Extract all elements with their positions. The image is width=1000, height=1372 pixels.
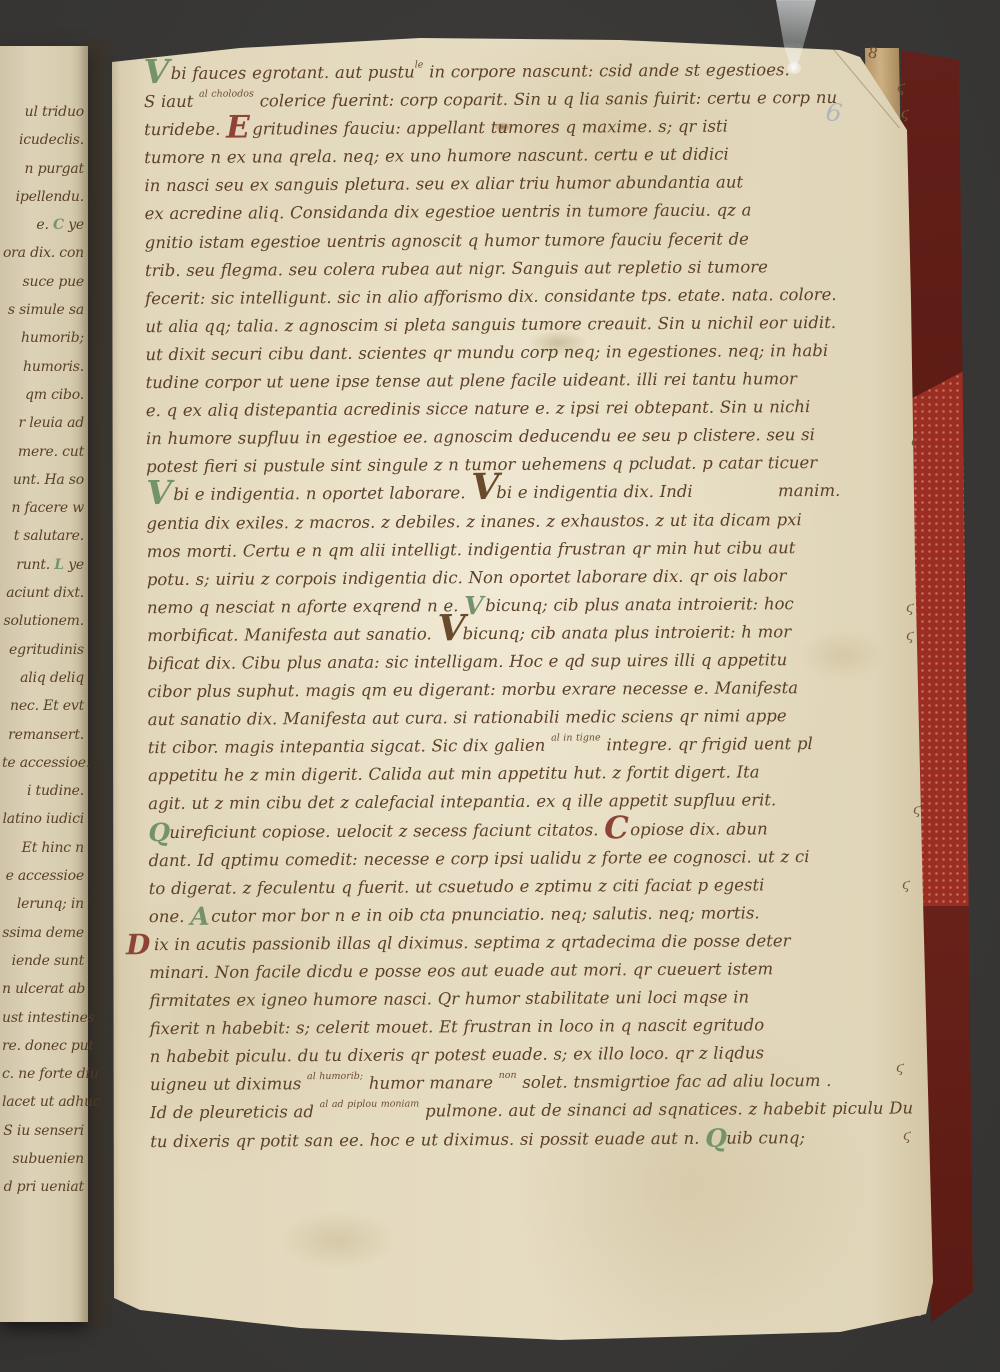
manuscript-text: bicunq; cib anata plus introierit: h mor (462, 622, 791, 643)
manuscript-text: nemo q nesciat n aforte exqrend n e. (147, 596, 464, 617)
manuscript-text: S iaut (144, 92, 199, 111)
manuscript-text: suce pue (23, 274, 84, 290)
manuscript-text: gentia dix exiles. z macros. z debiles. … (146, 510, 801, 533)
manuscript-line: tumore n ex una qrela. neq; ex uno humor… (144, 140, 844, 172)
manuscript-text: subuenien (13, 1151, 84, 1167)
manuscript-text: bificat dix. Cibu plus anata: sic intell… (147, 650, 787, 673)
manuscript-text: nec. Et evt (10, 698, 84, 714)
facing-page-fragment: S iu senseri (2, 1117, 84, 1145)
green-initial: V (146, 490, 173, 500)
manuscript-text: lacet ut adhuc (2, 1094, 101, 1110)
manuscript-line: nemo q nesciat n aforte exqrend n e. Vbi… (147, 590, 847, 622)
facing-page-fragment: humorib; (2, 324, 84, 352)
manuscript-text: n purgat (25, 161, 84, 177)
manuscript-text: d pri ueniat (4, 1179, 84, 1195)
facing-page-fragment: lerunq; in (2, 890, 84, 918)
manuscript-text: aliq deliq (20, 670, 84, 686)
facing-page-fragment: ust intestines (2, 1004, 84, 1032)
manuscript-text: bi e indigentia dix. Indi (496, 482, 693, 502)
manuscript-text: humoris. (23, 359, 84, 375)
manuscript-line: potu. s; uiriu z corpois indigentia dic.… (147, 562, 847, 594)
manuscript-text: tu dixeris qr potit san ee. hoc e ut dix… (150, 1128, 705, 1150)
manuscript-text: iende sunt (12, 953, 84, 969)
manuscript-line: ut alia qq; talia. z agnoscim si pleta s… (145, 309, 845, 341)
manuscript-text: ul triduo (25, 104, 84, 120)
manuscript-text: uireficiunt copiose. uelocit z secess fa… (169, 820, 604, 842)
manuscript-text: icudeclis. (19, 132, 84, 148)
facing-page-fragment: n ulcerat ab (2, 975, 84, 1003)
manuscript-text: ye (64, 557, 84, 573)
margin-mark: ϛ (901, 106, 909, 122)
manuscript-text: n ulcerat ab (2, 981, 85, 997)
facing-page-fragment: t salutare. (2, 522, 84, 550)
manuscript-text: ipellendu. (16, 189, 84, 205)
manuscript-text: ora dix. con (3, 245, 84, 261)
manuscript-line: n habebit piculu. du tu dixeris qr potes… (150, 1039, 850, 1071)
green-initial: Q (148, 828, 169, 838)
margin-mark: ϛ (896, 1060, 904, 1076)
margin-mark: ϛ (906, 600, 914, 616)
manuscript-line: in humore supfluu in egestioe ee. agnosc… (146, 421, 846, 453)
manuscript-text: aut sanatio dix. Manifesta aut cura. si … (148, 706, 787, 729)
manuscript-line: tit cibor. magis intepantia sigcat. Sic … (148, 730, 848, 762)
manuscript-line: trib. seu flegma. seu colera rubea aut n… (145, 253, 845, 285)
manuscript-line: morbificat. Manifesta aut sanatio. Vbicu… (147, 618, 847, 650)
manuscript-text: solet. tnsmigrtioe fac ad aliu locum . (517, 1071, 832, 1092)
manuscript-text: cutor mor bor n e in oib cta pnunciatio.… (211, 903, 760, 925)
manuscript-text: ust intestines (2, 1010, 95, 1026)
manuscript-text: solutionem. (4, 613, 84, 629)
manuscript-text: tumore n ex una qrela. neq; ex uno humor… (144, 145, 729, 168)
facing-page-fragment: icudeclis. (2, 126, 84, 154)
green-initial: A (190, 912, 211, 922)
manuscript-text: turidebe. (144, 120, 226, 140)
manuscript-text: mere. cut (18, 444, 84, 460)
manuscript-text: integre. qr frigid uent pl (601, 734, 813, 754)
manuscript-line: one. Acutor mor bor n e in oib cta pnunc… (149, 899, 849, 931)
manuscript-line: tu dixeris qr potit san ee. hoc e ut dix… (150, 1123, 850, 1155)
manuscript-page: Vbi fauces egrotant. aut pustule in corp… (98, 30, 943, 1342)
facing-page-fragment: lacet ut adhuc (2, 1088, 84, 1116)
facing-page-fragment: re. donec put (2, 1032, 84, 1060)
interlinear-gloss: al cholodos (199, 89, 254, 100)
manuscript-text: i tudine. (27, 783, 84, 799)
facing-page-fragment: runt. L ye (2, 551, 84, 579)
manuscript-text: e. q ex aliq distepantia acredinis sicce… (146, 397, 811, 420)
margin-mark: ϛ (906, 628, 914, 644)
manuscript-text: s simule sa (8, 302, 84, 318)
manuscript-text: potu. s; uiriu z corpois indigentia dic.… (147, 566, 787, 589)
manuscript-text: e accessioe (6, 868, 84, 884)
manuscript-text: dant. Id qptimu comedit: necesse e corp … (148, 847, 809, 870)
margin-mark: ϛ (913, 802, 921, 818)
manuscript-text: e. (36, 217, 53, 233)
margin-mark: ϛ (897, 80, 905, 96)
manuscript-text: pulmone. aut de sinanci ad sqnatices. z … (419, 1099, 913, 1121)
facing-page-fragment: e. C ye (2, 211, 84, 239)
interlinear-gloss: non (499, 1070, 517, 1081)
page-holder-clip-tip (787, 62, 801, 74)
brown-initial: V (438, 629, 463, 639)
manuscript-line: fecerit: sic intelligunt. sic in alio af… (145, 281, 845, 313)
manuscript-line: to digerat. z feculentu q fuerit. ut csu… (149, 871, 849, 903)
manuscript-text: n habebit piculu. du tu dixeris qr potes… (150, 1044, 764, 1067)
manuscript-line: agit. ut z min cibu det z calefacial int… (148, 786, 848, 818)
facing-page-fragment: remansert. (2, 721, 84, 749)
manuscript-text: ex acredine aliq. Considanda dix egestio… (145, 201, 752, 224)
manuscript-text: cibor plus suphut. magis qm eu digerant:… (147, 678, 798, 701)
manuscript-text-block: Vbi fauces egrotant. aut pustule in corp… (144, 56, 851, 1156)
manuscript-line: Vbi fauces egrotant. aut pustule in corp… (144, 56, 844, 88)
manuscript-line: cibor plus suphut. magis qm eu digerant:… (147, 674, 847, 706)
green-initial: C (53, 217, 64, 233)
manuscript-text: n facere w (11, 500, 84, 516)
manuscript-line: ut dixit securi cibu dant. scientes qr m… (145, 337, 845, 369)
facing-page-fragment: r leuia ad (2, 409, 84, 437)
manuscript-text: Id de pleureticis ad (150, 1103, 320, 1123)
manuscript-text: egritudinis (9, 642, 84, 658)
facing-page-fragment: ssima deme (2, 919, 84, 947)
facing-page-fragment: d pri ueniat (2, 1173, 84, 1201)
parchment-stain (278, 1210, 398, 1270)
facing-page-fragment: aciunt dixt. (2, 579, 84, 607)
manuscript-text: gritudines fauciu: appellant tumores q m… (252, 117, 728, 139)
interlinear-gloss: al ad piplou moniam (320, 1099, 420, 1111)
manuscript-text: trib. seu flegma. seu colera rubea aut n… (145, 257, 768, 280)
manuscript-text: re. donec put (2, 1038, 94, 1054)
manuscript-text: lerunq; in (17, 896, 84, 912)
facing-page-fragment: i tudine. (2, 777, 84, 805)
manuscript-line: Vbi e indigentia. n oportet laborare. Vb… (146, 477, 846, 509)
manuscript-line: turidebe. Egritudines fauciu: appellant … (144, 112, 844, 144)
manuscript-text: in corpore nascunt: csid ande st egestio… (423, 60, 789, 81)
red-initial: D (149, 940, 154, 950)
facing-page-fragment: s simule sa (2, 296, 84, 324)
facing-page-fragment: ipellendu. (2, 183, 84, 211)
manuscript-line: ex acredine aliq. Considanda dix egestio… (145, 196, 845, 228)
manuscript-text: ix in acutis passionib illas ql diximus.… (154, 931, 791, 954)
facing-page-text: ul triduoicudeclis.n purgatipellendu.e. … (2, 98, 84, 1202)
manuscript-text: in nasci seu ex sanguis pletura. seu ex … (144, 173, 743, 196)
facing-page-fragment: e accessioe (2, 862, 84, 890)
manuscript-text: gnitio istam egestioe uentris agnoscit q… (145, 229, 749, 252)
interlinear-gloss: al in tigne (551, 733, 601, 744)
manuscript-text: c. ne forte diu (2, 1066, 99, 1082)
manuscript-text: bi e indigentia. n oportet laborare. (173, 484, 471, 505)
manuscript-text: humor manare (363, 1073, 499, 1093)
manuscript-text: colerice fuerint: corp coparit. Sin u q … (254, 88, 837, 111)
manuscript-text: ut dixit securi cibu dant. scientes qr m… (145, 341, 828, 364)
manuscript-line: gentia dix exiles. z macros. z debiles. … (146, 505, 846, 537)
facing-page-fragment: qm cibo. (2, 381, 84, 409)
manuscript-text: appetitu he z min digerit. Calida aut mi… (148, 763, 760, 786)
manuscript-text: fixerit n habebit: s; celerit mouet. Et … (150, 1016, 765, 1039)
photograph-stage: ul triduoicudeclis.n purgatipellendu.e. … (0, 0, 1000, 1372)
manuscript-text: runt. (16, 557, 54, 573)
manuscript-text: agit. ut z min cibu det z calefacial int… (148, 791, 776, 814)
facing-page-fragment: iende sunt (2, 947, 84, 975)
facing-page-fragment: te accessioe. (2, 749, 84, 777)
line-end-note: manim. (778, 477, 840, 505)
manuscript-line: aut sanatio dix. Manifesta aut cura. si … (148, 702, 848, 734)
margin-mark: ϛ (903, 1128, 911, 1144)
manuscript-text: uigneu ut diximus (150, 1075, 307, 1095)
red-initial: E (226, 125, 252, 135)
green-initial: Q (705, 1133, 726, 1143)
facing-page-fragment: ora dix. con (2, 239, 84, 267)
manuscript-text: tit cibor. magis intepantia sigcat. Sic … (148, 736, 551, 757)
facing-page-fragment: unt. Ha so (2, 466, 84, 494)
manuscript-text: bi fauces egrotant. aut pustu (171, 62, 415, 82)
manuscript-text: ye (64, 217, 84, 233)
facing-page-fragment: suce pue (2, 268, 84, 296)
manuscript-line: Quireficiunt copiose. uelocit z secess f… (148, 814, 848, 846)
manuscript-line: Dix in acutis passionib illas ql diximus… (149, 927, 849, 959)
manuscript-line: in nasci seu ex sanguis pletura. seu ex … (144, 168, 844, 200)
facing-page-fragment: nec. Et evt (2, 692, 84, 720)
green-initial: V (464, 601, 485, 611)
facing-page-fragment: n facere w (2, 494, 84, 522)
facing-page-fragment: mere. cut (2, 438, 84, 466)
facing-page-fragment: Et hinc n (2, 834, 84, 862)
manuscript-text: unt. Ha so (13, 472, 84, 488)
manuscript-line: appetitu he z min digerit. Calida aut mi… (148, 758, 848, 790)
facing-page-fragment: humoris. (2, 353, 84, 381)
manuscript-text: latino iudici (3, 811, 84, 827)
manuscript-text: ut alia qq; talia. z agnoscim si pleta s… (145, 313, 836, 336)
manuscript-line: gnitio istam egestioe uentris agnoscit q… (145, 224, 845, 256)
facing-page-fragment: subuenien (2, 1145, 84, 1173)
manuscript-text: t salutare. (14, 528, 84, 544)
facing-page-sliver: ul triduoicudeclis.n purgatipellendu.e. … (0, 46, 88, 1322)
manuscript-line: firmitates ex igneo humore nasci. Qr hum… (149, 983, 849, 1015)
facing-page-fragment: ul triduo (2, 98, 84, 126)
manuscript-text: uib cunq; (726, 1128, 805, 1147)
facing-page-fragment: n purgat (2, 155, 84, 183)
manuscript-text: Et hinc n (22, 840, 84, 856)
manuscript-line: minari. Non facile dicdu e posse eos aut… (149, 955, 849, 987)
manuscript-text: aciunt dixt. (6, 585, 84, 601)
manuscript-line: mos morti. Certu e n qm alii intelligt. … (147, 533, 847, 565)
facing-page-fragment: solutionem. (2, 607, 84, 635)
manuscript-text: bicunq; cib plus anata introierit: hoc (485, 594, 794, 615)
brown-initial: V (471, 488, 496, 498)
manuscript-text: r leuia ad (18, 415, 84, 431)
manuscript-text: opiose dix. abun (630, 819, 768, 839)
manuscript-text: fecerit: sic intelligunt. sic in alio af… (145, 285, 837, 308)
manuscript-text: qm cibo. (25, 387, 84, 403)
manuscript-text: firmitates ex igneo humore nasci. Qr hum… (149, 988, 749, 1011)
manuscript-text: te accessioe. (2, 755, 90, 771)
manuscript-text: one. (149, 907, 190, 926)
margin-mark: ϛ (911, 434, 919, 450)
facing-page-fragment: aliq deliq (2, 664, 84, 692)
facing-page-fragment: c. ne forte diu (2, 1060, 84, 1088)
manuscript-text: to digerat. z feculentu q fuerit. ut csu… (149, 875, 765, 898)
manuscript-text: ssima deme (2, 925, 84, 941)
manuscript-text: S iu senseri (3, 1123, 84, 1139)
interlinear-gloss: al humorib; (307, 1071, 363, 1082)
manuscript-text: morbificat. Manifesta aut sanatio. (147, 624, 437, 645)
manuscript-line: fixerit n habebit: s; celerit mouet. Et … (149, 1011, 849, 1043)
manuscript-text: remansert. (8, 727, 84, 743)
green-initial: V (144, 69, 171, 79)
manuscript-text: mos morti. Certu e n qm alii intelligt. … (147, 538, 796, 561)
manuscript-line: tudine corpor ut uene ipse tense aut ple… (146, 365, 846, 397)
red-initial: C (604, 825, 630, 835)
facing-page-fragment: egritudinis (2, 636, 84, 664)
manuscript-line: uigneu ut diximus al humorib; humor mana… (150, 1067, 850, 1099)
manuscript-line: Id de pleureticis ad al ad piplou moniam… (150, 1095, 850, 1127)
manuscript-text: minari. Non facile dicdu e posse eos aut… (149, 959, 773, 982)
manuscript-line: e. q ex aliq distepantia acredinis sicce… (146, 393, 846, 425)
manuscript-line: bificat dix. Cibu plus anata: sic intell… (147, 646, 847, 678)
manuscript-text: in humore supfluu in egestioe ee. agnosc… (146, 425, 815, 448)
manuscript-text: tudine corpor ut uene ipse tense aut ple… (146, 369, 797, 392)
manuscript-line: dant. Id qptimu comedit: necesse e corp … (148, 842, 848, 874)
green-initial: L (54, 557, 64, 573)
manuscript-text: humorib; (21, 330, 84, 346)
interlinear-gloss: le (415, 59, 424, 70)
facing-page-fragment: latino iudici (2, 805, 84, 833)
margin-mark: ϛ (902, 877, 910, 893)
